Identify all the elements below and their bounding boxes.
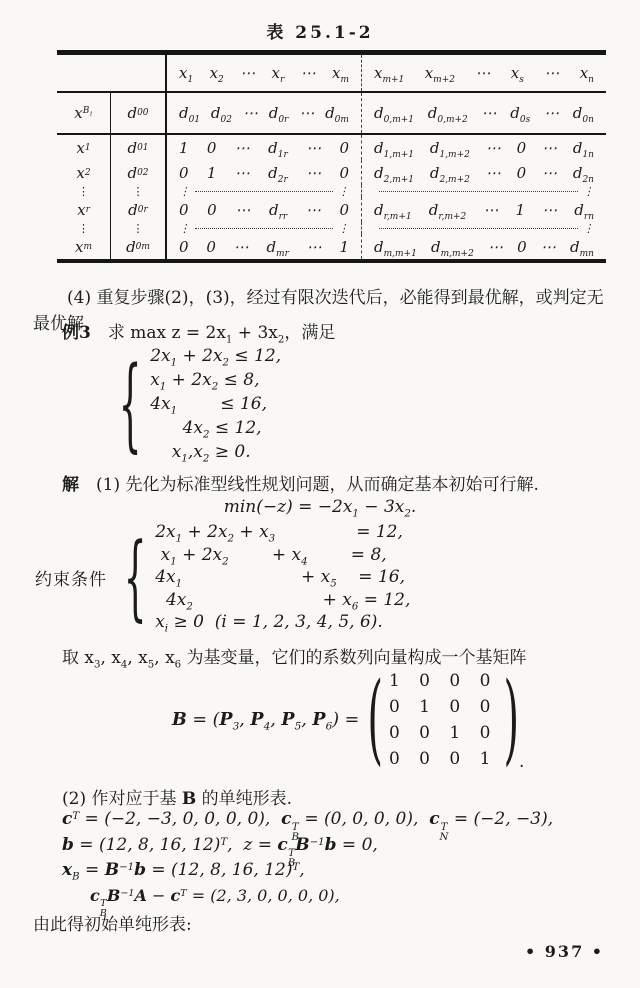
table-cell: d02 [211,104,232,122]
table-cell: d1,m+2 [430,139,470,157]
equation-line: 1 0 0 0 [389,668,497,694]
vdots: ⋮ [179,222,190,235]
table-cell: ⋯ [301,64,316,82]
table-cell: ⋯ [235,139,250,157]
vdots: ⋮ [110,222,165,234]
vdots: ⋮ [179,185,190,198]
table-cell: 0 [339,201,349,219]
example3-heading: 例3 求 max z = 2x1 + 3x2，满足 [62,318,335,343]
table-cell: ⋯ [542,201,557,219]
d0-groupA-cells: d01d02⋯d0r⋯d0m [165,93,361,133]
row-groupA-cells: 01⋯d2r⋯0 [165,160,361,185]
table-cell: ⋯ [240,64,255,82]
basis-column-header: xB1 [57,93,110,133]
table-row: x1 d01 10⋯d1r⋯0 d1,m+1d1,m+2⋯0⋯d1n [57,135,606,160]
row-d-value: d01 [110,135,165,160]
equation-line: 4x2 + x6 = 12, [155,589,410,612]
table-cell: ⋯ [544,104,559,122]
left-paren: ( [367,671,383,769]
table-cell: ⋯ [306,201,321,219]
table-cell: x2 [210,64,224,82]
table-cell: d2,m+2 [430,164,470,182]
equation-line: 0 0 0 1 [389,746,497,772]
table-cell: d1n [573,139,594,157]
table-cell: d01 [179,104,200,122]
row-groupA-cells: 00⋯dmr⋯1 [165,234,361,259]
row-basis-label: x2 [57,160,110,185]
table-cell: xm [332,64,349,82]
table-cell: d2,m+1 [374,164,414,182]
table-row: xr d0r 00⋯drr⋯0 dr,m+1dr,m+2⋯1⋯drn [57,197,606,222]
closing-line: 由此得初始单纯形表: [33,910,192,935]
equation-line: 4x1 ≤ 16, [150,392,281,416]
row-basis-label: xr [57,197,110,222]
dotted-rule [195,191,333,192]
table-cell: ⋯ [235,201,250,219]
table-cell: ⋯ [486,164,501,182]
constraint-system-1: { 2x1 + 2x2 ≤ 12,x1 + 2x2 ≤ 8,4x1 ≤ 16, … [118,344,281,464]
identity-matrix: 1 0 0 00 1 0 00 0 1 00 0 0 1 [389,668,497,772]
row-basis-label: x1 [57,135,110,160]
table-cell: x1 [179,64,193,82]
table-cell: ⋯ [306,139,321,157]
objective-min-line: min(−z) = −2x1 − 3x2. [0,497,640,517]
table-cell: dm,m+1 [374,238,417,256]
table-cell: d2n [573,164,594,182]
table-cell: 0 [179,164,189,182]
table-cell: ⋯ [235,164,250,182]
solution-step1: 解 (1) 先化为标准型线性规划问题，从而确定基本初始可行解. [62,470,539,495]
table-cell: 1 [339,238,349,256]
matrix-lhs: B = (P3, P4, P5, P6) = [172,710,359,730]
table-cell: xm+2 [425,64,455,82]
nonbasic-variable-column-headers: xm+1xm+2⋯xs⋯xn [361,55,606,91]
table-cell: d0s [510,104,530,122]
basis-matrix-equation: B = (P3, P4, P5, P6) = ( 1 0 0 00 1 0 00… [172,668,524,772]
table-cell: xn [580,64,594,82]
table-cell: 1 [516,201,526,219]
table-cell: ⋯ [306,164,321,182]
row-d-value: d02 [110,160,165,185]
ellipsis-groupA: ⋮⋮ [165,185,361,197]
vdots: ⋮ [57,222,110,234]
basis-choice-line: 取 x3, x4, x5, x6 为基变量，它们的系数列向量构成一个基矩阵 [62,643,527,668]
table-cell: d0,m+2 [428,104,468,122]
step2-heading: (2) 作对应于基 B 的单纯形表. [62,784,292,809]
vdots: ⋮ [338,185,349,198]
table-d-header-row: xB1 d00 d01d02⋯d0r⋯d0m d0,m+1d0,m+2⋯d0s⋯… [57,93,606,135]
table-cell: dmr [266,238,288,256]
table-cell: dm,m+2 [431,238,474,256]
vdots: ⋮ [57,185,110,197]
table-cell: ⋯ [299,104,314,122]
equation-line: 4x2 ≤ 12, [150,416,281,440]
table-ellipsis-row: ⋮ ⋮ ⋮⋮ ⋮ [57,222,606,234]
d0-groupB-cells: d0,m+1d0,m+2⋯d0s⋯d0n [361,93,606,133]
ellipsis-groupB: ⋮ [361,185,606,197]
table-cell: 0 [517,238,527,256]
dotted-rule [379,228,578,229]
table-cell: ⋯ [544,64,559,82]
row-d-value: d0r [110,197,165,222]
period: . [519,752,524,772]
row-groupA-cells: 00⋯drr⋯0 [165,197,361,222]
table-cell: d1r [268,139,288,157]
table-cell: xm+1 [374,64,404,82]
table-cell: d0r [269,104,289,122]
ellipsis-groupA: ⋮⋮ [165,222,361,234]
table-cell: ⋯ [475,64,490,82]
row-basis-label: xm [57,234,110,259]
left-brace: { [119,354,142,455]
basic-solution-line: xB = B−1b = (12, 8, 16, 12)T, [62,860,305,880]
table-caption: 表 25.1-2 [0,18,640,43]
vdots: ⋮ [338,222,349,235]
equation-line: 4x1 + x5 = 16, [155,566,410,589]
table-variable-header-row: x1x2⋯xr⋯xm xm+1xm+2⋯xs⋯xn [57,55,606,93]
left-brace: { [124,531,147,624]
table-cell: 0 [517,164,527,182]
dotted-rule [195,228,333,229]
equation-line: x1 + 2x2 ≤ 8, [150,368,281,392]
constraint-label: 约束条件 [35,565,107,590]
table-ellipsis-row: ⋮ ⋮ ⋮⋮ ⋮ [57,185,606,197]
table-cell: 0 [517,139,527,157]
equation-line: xi ≥ 0 (i = 1, 2, 3, 4, 5, 6). [155,611,410,634]
table-cell: xr [271,64,284,82]
table-cell: d0m [325,104,349,122]
header-empty-cell [110,55,165,91]
equation-line: x1,x2 ≥ 0. [150,440,281,464]
table-cell: 0 [206,238,216,256]
vdots: ⋮ [583,185,594,198]
row-groupB-cells: d2,m+1d2,m+2⋯0⋯d2n [361,160,606,185]
header-empty-cell [57,55,110,91]
table-cell: ⋯ [234,238,249,256]
table-cell: d0,m+1 [374,104,414,122]
equation-line: x1 + 2x2 + x4 = 8, [155,544,410,567]
table-cell: 0 [339,139,349,157]
basic-variable-column-headers: x1x2⋯xr⋯xm [165,55,361,91]
constraint-system-2: 约束条件 { 2x1 + 2x2 + x3 = 12, x1 + 2x2 + x… [35,521,410,634]
table-cell: d0n [573,104,594,122]
equation-line: 0 0 1 0 [389,720,497,746]
row-groupB-cells: dm,m+1dm,m+2⋯0⋯dmn [361,234,606,259]
table-cell: ⋯ [488,238,503,256]
table-cell: d2r [268,164,288,182]
row-d-value: d0m [110,234,165,259]
row-groupA-cells: 10⋯d1r⋯0 [165,135,361,160]
table-cell: 1 [179,139,189,157]
table-cell: ⋯ [482,104,497,122]
table-cell: drn [574,201,594,219]
vdots: ⋮ [110,185,165,197]
table-cell: ⋯ [307,238,322,256]
equations: 2x1 + 2x2 + x3 = 12, x1 + 2x2 + x4 = 8,4… [155,521,410,634]
table-cell: ⋯ [486,139,501,157]
table-row: xm d0m 00⋯dmr⋯1 dm,m+1dm,m+2⋯0⋯dmn [57,234,606,259]
table-cell: 0 [339,164,349,182]
table-cell: ⋯ [542,164,557,182]
table-cell: d1,m+1 [374,139,414,157]
table-cell: ⋯ [541,238,556,256]
table-row: x2 d02 01⋯d2r⋯0 d2,m+1d2,m+2⋯0⋯d2n [57,160,606,185]
table-cell: xs [511,64,524,82]
table-cell: 0 [179,201,189,219]
table-cell: ⋯ [483,201,498,219]
row-groupB-cells: dr,m+1dr,m+2⋯1⋯drn [361,197,606,222]
simplex-table: x1x2⋯xr⋯xm xm+1xm+2⋯xs⋯xn xB1 d00 d01d02… [57,50,606,263]
table-cell: ⋯ [542,139,557,157]
table-cell: dr,m+2 [429,201,467,219]
equations: 2x1 + 2x2 ≤ 12,x1 + 2x2 ≤ 8,4x1 ≤ 16, 4x… [150,344,281,464]
table-cell: dr,m+1 [374,201,412,219]
table-cell: drr [269,201,287,219]
ellipsis-groupB: ⋮ [361,222,606,234]
page-number: • 937 • [525,942,604,961]
table-cell: ⋯ [243,104,258,122]
table-cell: 1 [207,164,217,182]
table-cell: 0 [207,139,217,157]
equation-line: 0 1 0 0 [389,694,497,720]
table-cell: dmn [570,238,594,256]
equation-line: 2x1 + 2x2 + x3 = 12, [155,521,410,544]
right-paren: ) [503,671,519,769]
table-cell: 0 [179,238,189,256]
equation-line: 2x1 + 2x2 ≤ 12, [150,344,281,368]
d00-cell: d00 [110,93,165,133]
dotted-rule [379,191,578,192]
row-groupB-cells: d1,m+1d1,m+2⋯0⋯d1n [361,135,606,160]
vdots: ⋮ [583,222,594,235]
table-cell: 0 [207,201,217,219]
